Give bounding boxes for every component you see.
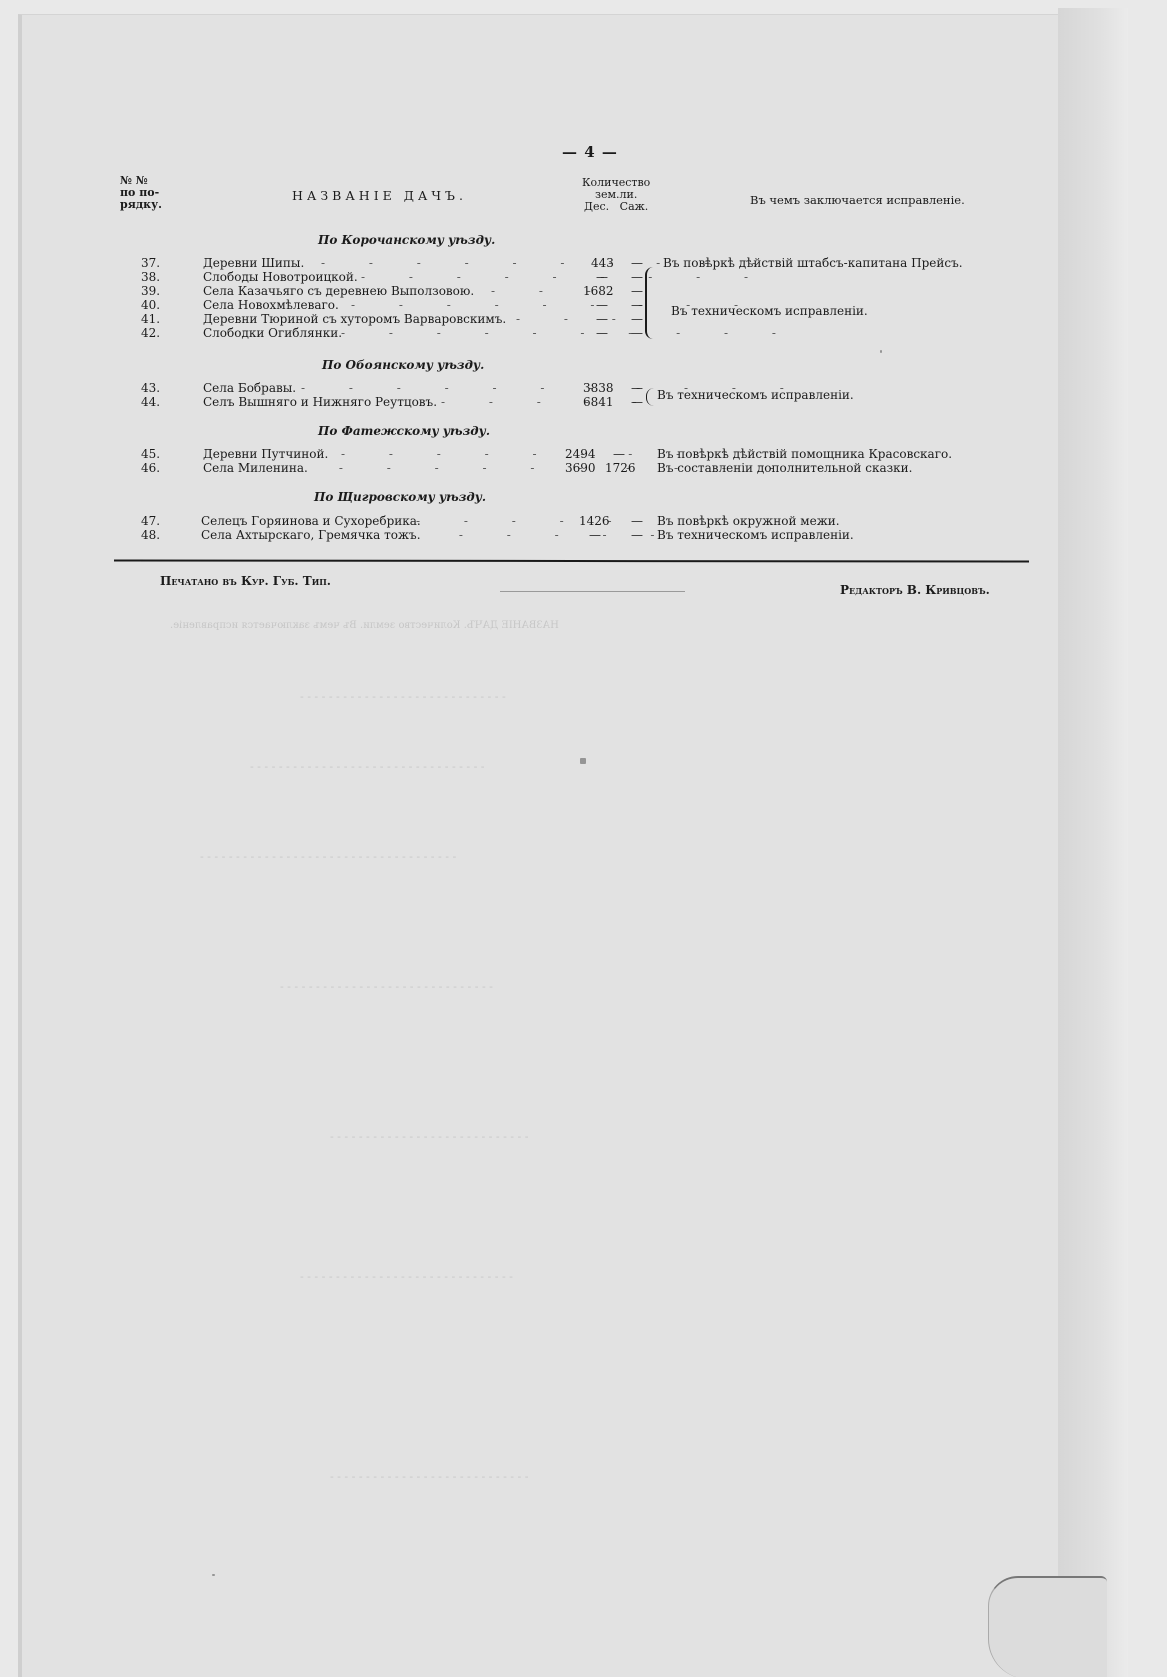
row-name: Села Ахтырскаго, Гремячка тожъ. <box>201 528 421 542</box>
header-quantity-column: Количество зем.ли. Дес. Саж. <box>582 177 650 213</box>
row-number: 38. <box>141 270 160 284</box>
district-heading: По Фатежскому уѣзду. <box>318 424 490 438</box>
row-sazh: — <box>631 256 643 270</box>
row-sazh: — <box>631 514 643 528</box>
bleed-through-text: - - - - - - - - - - - - - - - - - - - - … <box>200 850 456 863</box>
torn-corner <box>988 1576 1107 1677</box>
row-name: Села Новохмѣлеваго. <box>203 298 339 312</box>
row-number: 47. <box>141 514 160 528</box>
row-number: 37. <box>141 256 160 270</box>
printer-imprint: Печатано въ Кур. Губ. Тип. <box>160 574 331 588</box>
row-des: 443 <box>591 256 614 270</box>
leader-dots: - - - <box>516 312 636 326</box>
row-des: 2494 <box>565 447 596 461</box>
row-number: 43. <box>141 381 160 395</box>
row-name: Деревни Тюриной съ хуторомъ Варваровским… <box>203 312 506 326</box>
row-sazh: — <box>631 395 643 409</box>
row-number: 40. <box>141 298 160 312</box>
editor-signature: Редакторъ В. Кривцовъ. <box>840 583 990 597</box>
leader-dots: - - - - - - - - - - <box>341 326 796 340</box>
header-name-column: НАЗВАНІЕ ДАЧЪ. <box>292 188 467 203</box>
header-number-line: рядку. <box>120 199 162 211</box>
row-des: 3690 <box>565 461 596 475</box>
row-des: — <box>596 298 608 312</box>
row-name: Слободы Новотроицкой. <box>203 270 358 284</box>
row-des: 6841 <box>583 395 614 409</box>
row-des: — <box>596 326 608 340</box>
grouping-brace <box>646 388 657 406</box>
header-number-column: № № по по- рядку. <box>120 175 162 211</box>
leader-dots: - - - - - - - - - <box>361 270 768 284</box>
bleed-through-text: - - - - - - - - - - - - - - - - - - - - … <box>330 1130 528 1143</box>
bleed-through-text: - - - - - - - - - - - - - - - - - - - - … <box>300 690 506 703</box>
row-number: 44. <box>141 395 160 409</box>
page-edge-strip <box>1058 8 1128 1677</box>
bleed-through-text: - - - - - - - - - - - - - - - - - - - - … <box>250 760 485 773</box>
row-sazh: — <box>631 298 643 312</box>
row-name: Селъ Вышняго и Нижняго Реутцовъ. <box>203 395 437 409</box>
row-des: 3838 <box>583 381 614 395</box>
row-name: Села Бобравы. <box>203 381 296 395</box>
ink-speck <box>580 758 586 764</box>
row-sazh: — <box>613 447 625 461</box>
row-des: 1682 <box>583 284 614 298</box>
district-heading: По Обоянскому уѣзду. <box>322 358 484 372</box>
district-heading: По Щигровскому уѣзду. <box>314 490 486 504</box>
row-des: — <box>589 528 601 542</box>
separator-rule <box>500 591 685 592</box>
row-sazh: — <box>631 381 643 395</box>
page-number: — 4 — <box>562 143 618 161</box>
row-des: — <box>596 270 608 284</box>
row-number: 39. <box>141 284 160 298</box>
row-correction: Въ техническомъ исправленіи. <box>671 304 868 318</box>
district-heading: По Корочанскому уѣзду. <box>318 233 495 247</box>
row-correction: Въ составленіи дополнительной сказки. <box>657 461 912 475</box>
row-number: 41. <box>141 312 160 326</box>
row-number: 42. <box>141 326 160 340</box>
bleed-through-text: - - - - - - - - - - - - - - - - - - - - … <box>330 1470 528 1483</box>
bleed-through-text: НАЗВАНІЕ ДАЧЪ. Количество земли. Въ чемъ… <box>170 620 559 631</box>
row-sazh: — <box>631 326 643 340</box>
row-sazh: 1726 <box>605 461 636 475</box>
row-number: 45. <box>141 447 160 461</box>
bleed-through-text: - - - - - - - - - - - - - - - - - - - - … <box>280 980 493 993</box>
row-correction: Въ повѣркѣ дѣйствій штабсъ-капитана Прей… <box>663 256 963 270</box>
row-name: Селецъ Горяинова и Сухоребрика. <box>201 514 421 528</box>
row-number: 46. <box>141 461 160 475</box>
row-name: Села Казачьяго съ деревнею Выползовою. <box>203 284 474 298</box>
ink-speck <box>880 350 882 353</box>
row-name: Слободки Огиблянки. <box>203 326 342 340</box>
row-correction: Въ повѣркѣ дѣйствій помощника Красовскаг… <box>657 447 952 461</box>
row-name: Деревни Шипы. <box>203 256 304 270</box>
row-des: 1426 <box>579 514 610 528</box>
header-correction-column: Въ чемъ заключается исправленіе. <box>750 193 965 207</box>
row-correction: Въ повѣркѣ окружной межи. <box>657 514 840 528</box>
ink-speck <box>212 1574 215 1576</box>
row-name: Деревни Путчиной. <box>203 447 328 461</box>
row-correction: Въ техническомъ исправленіи. <box>657 388 854 402</box>
row-sazh: — <box>631 528 643 542</box>
row-des: — <box>596 312 608 326</box>
row-sazh: — <box>631 284 643 298</box>
grouping-brace <box>645 267 657 339</box>
bleed-through-text: - - - - - - - - - - - - - - - - - - - - … <box>300 1270 513 1283</box>
header-quantity-line: Дес. Саж. <box>582 201 650 213</box>
row-correction: Въ техническомъ исправленіи. <box>657 528 854 542</box>
row-sazh: — <box>631 312 643 326</box>
row-number: 48. <box>141 528 160 542</box>
leader-dots: - - - - - <box>441 395 657 409</box>
row-sazh: — <box>631 270 643 284</box>
